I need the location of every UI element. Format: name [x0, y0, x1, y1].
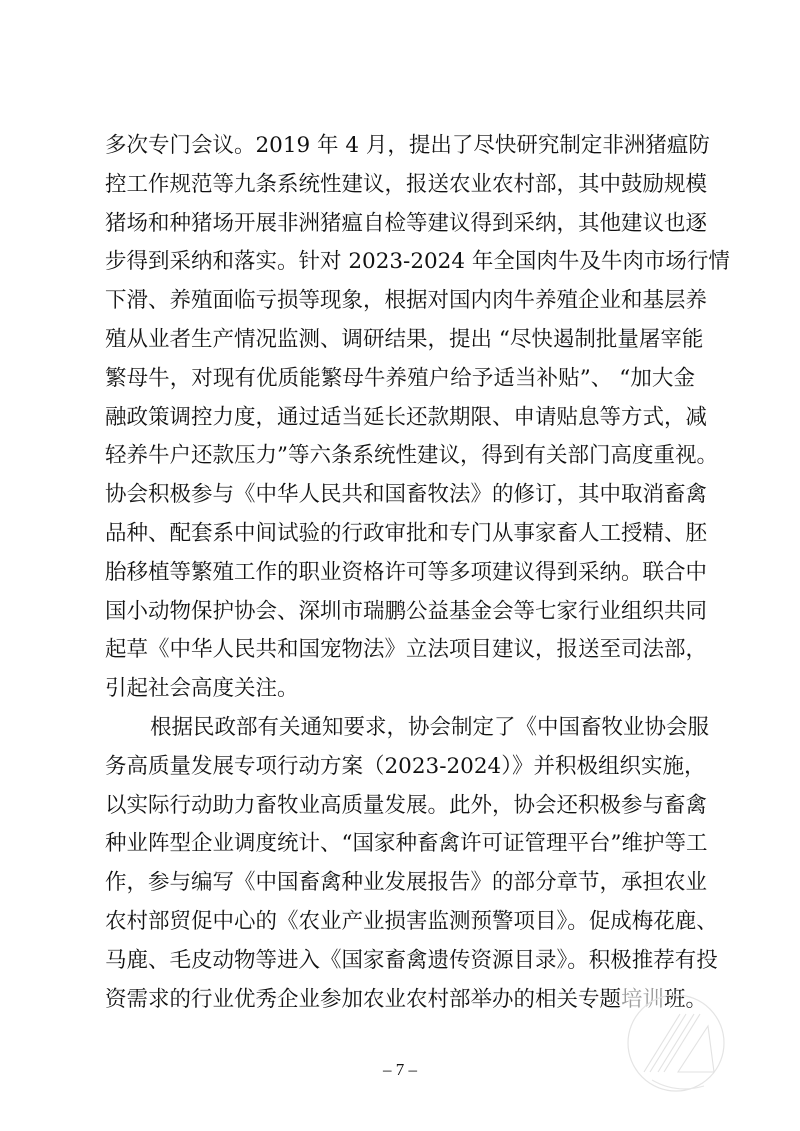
text-line-final: 资需求的行业优秀企业参加农业农村部举办的相关专题培训班。 [105, 981, 695, 1020]
text-line: 融政策调控力度，通过适当延长还款期限、申请贴息等方式，减 [105, 399, 695, 438]
text-line-final-main: 资需求的行业优秀企业参加农业农村部举办的相关专题 [105, 987, 621, 1012]
text-line: 协会积极参与《中华人民共和国畜牧法》的修订，其中取消畜禽 [105, 476, 695, 515]
text-line: 农村部贸促中心的《农业产业损害监测预警项目》。促成梅花鹿、 [105, 903, 695, 942]
text-line-final-end: 班。 [664, 987, 707, 1012]
text-line: 以实际行动助力畜牧业高质量发展。此外，协会还积极参与畜禽 [105, 787, 695, 826]
text-line: 种业阵型企业调度统计、“国家种畜禽许可证管理平台”维护等工 [105, 825, 695, 864]
text-line: 猪场和种猪场开展非洲猪瘟自检等建议得到采纳，其他建议也逐 [105, 205, 695, 244]
text-line: 引起社会高度关注。 [105, 670, 695, 709]
text-line: 轻养牛户还款压力”等六条系统性建议，得到有关部门高度重视。 [105, 437, 695, 476]
text-line: 殖从业者生产情况监测、调研结果，提出 “尽快遏制批量屠宰能 [105, 321, 695, 360]
text-line: 马鹿、毛皮动物等进入《国家畜禽遗传资源目录》。积极推荐有投 [105, 942, 695, 981]
text-line: 根据民政部有关通知要求，协会制定了《中国畜牧业协会服 [105, 709, 695, 748]
text-line: 作，参与编写《中国畜禽种业发展报告》的部分章节，承担农业 [105, 864, 695, 903]
text-line: 下滑、养殖面临亏损等现象，根据对国内肉牛养殖企业和基层养 [105, 282, 695, 321]
text-line: 控工作规范等九条系统性建议，报送农业农村部，其中鼓励规模 [105, 166, 695, 205]
text-line: 繁母牛，对现有优质能繁母牛养殖户给予适当补贴”、 “加大金 [105, 360, 695, 399]
body-text: 多次专门会议。2019 年 4 月，提出了尽快研究制定非洲猪瘟防 控工作规范等九… [105, 127, 695, 1019]
text-line: 国小动物保护协会、深圳市瑞鹏公益基金会等七家行业组织共同 [105, 593, 695, 632]
text-line-final-faded: 培训 [621, 987, 664, 1012]
document-page: 多次专门会议。2019 年 4 月，提出了尽快研究制定非洲猪瘟防 控工作规范等九… [0, 0, 800, 1131]
text-line: 品种、配套系中间试验的行政审批和专门从事家畜人工授精、胚 [105, 515, 695, 554]
text-line: 步得到采纳和落实。针对 2023-2024 年全国肉牛及牛肉市场行情 [105, 243, 695, 282]
page-number: – 7 – [0, 1060, 800, 1080]
text-line: 多次专门会议。2019 年 4 月，提出了尽快研究制定非洲猪瘟防 [105, 127, 695, 166]
text-line: 起草《中华人民共和国宠物法》立法项目建议，报送至司法部， [105, 631, 695, 670]
text-line: 胎移植等繁殖工作的职业资格许可等多项建议得到采纳。联合中 [105, 554, 695, 593]
text-line: 务高质量发展专项行动方案（2023-2024）》并积极组织实施， [105, 748, 695, 787]
